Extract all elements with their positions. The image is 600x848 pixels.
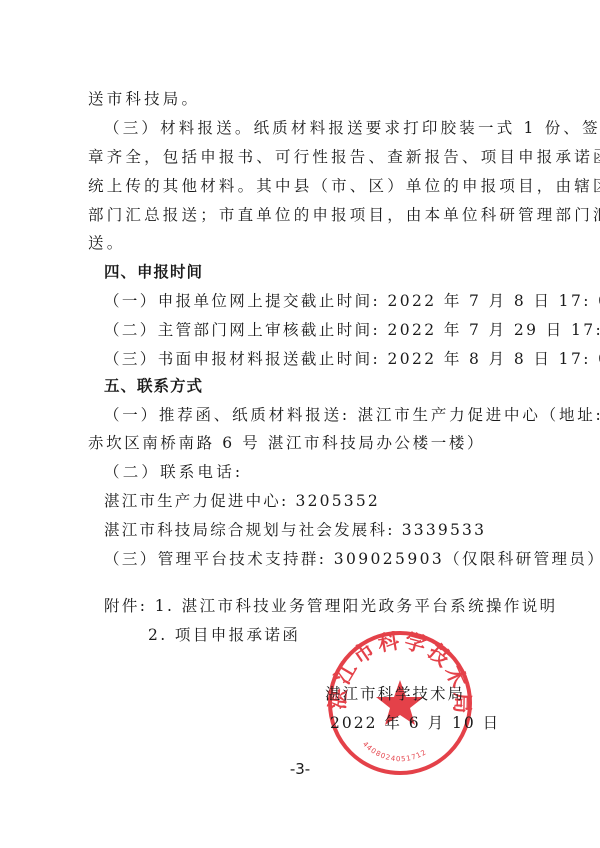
signature-date: 2022 年 6 月 10 日 [330, 713, 500, 733]
page-number: -3- [0, 760, 600, 778]
paragraph-line: 送。 [88, 233, 125, 253]
attachment-line: 2. 项目申报承诺函 [148, 625, 300, 645]
paragraph-line: 统上传的其他材料。其中县（市、区）单位的申报项目，由辖区主管 [88, 176, 600, 196]
signature-org: 湛江市科学技术局 [325, 684, 465, 704]
contact-line: 赤坎区南桥南路 6 号 湛江市科技局办公楼一楼） [88, 433, 485, 453]
contact-phone: 湛江市科技局综合规划与社会发展科: 3339533 [104, 520, 486, 540]
deadline-item: （三）书面申报材料报送截止时间: 2022 年 8 月 8 日 17: 00。 [104, 349, 600, 369]
attachment-line: 附件: 1. 湛江市科技业务管理阳光政务平台系统操作说明 [104, 596, 558, 616]
paragraph-line: （三）材料报送。纸质材料报送要求打印胶装一式 1 份、签字盖 [104, 118, 600, 138]
section-heading-time: 四、申报时间 [104, 262, 203, 282]
paragraph-line: 章齐全，包括申报书、可行性报告、查新报告、项目申报承诺函及系 [88, 147, 600, 167]
deadline-item: （一）申报单位网上提交截止时间: 2022 年 7 月 8 日 17: 00; [104, 291, 600, 311]
contact-line: （三）管理平台技术支持群: 309025903（仅限科研管理员） [104, 549, 600, 569]
contact-line: （一）推荐函、纸质材料报送: 湛江市生产力促进中心（地址: [104, 405, 600, 425]
section-heading-contact: 五、联系方式 [104, 376, 203, 396]
deadline-item: （二）主管部门网上审核截止时间: 2022 年 7 月 29 日 17: 00; [104, 320, 600, 340]
contact-phone: 湛江市生产力促进中心: 3205352 [104, 491, 380, 511]
contact-line: （二）联系电话: [104, 462, 243, 482]
paragraph-line: 部门汇总报送；市直单位的申报项目，由本单位科研管理部门汇总报 [88, 205, 600, 225]
paragraph-line: 送市科技局。 [88, 89, 200, 109]
